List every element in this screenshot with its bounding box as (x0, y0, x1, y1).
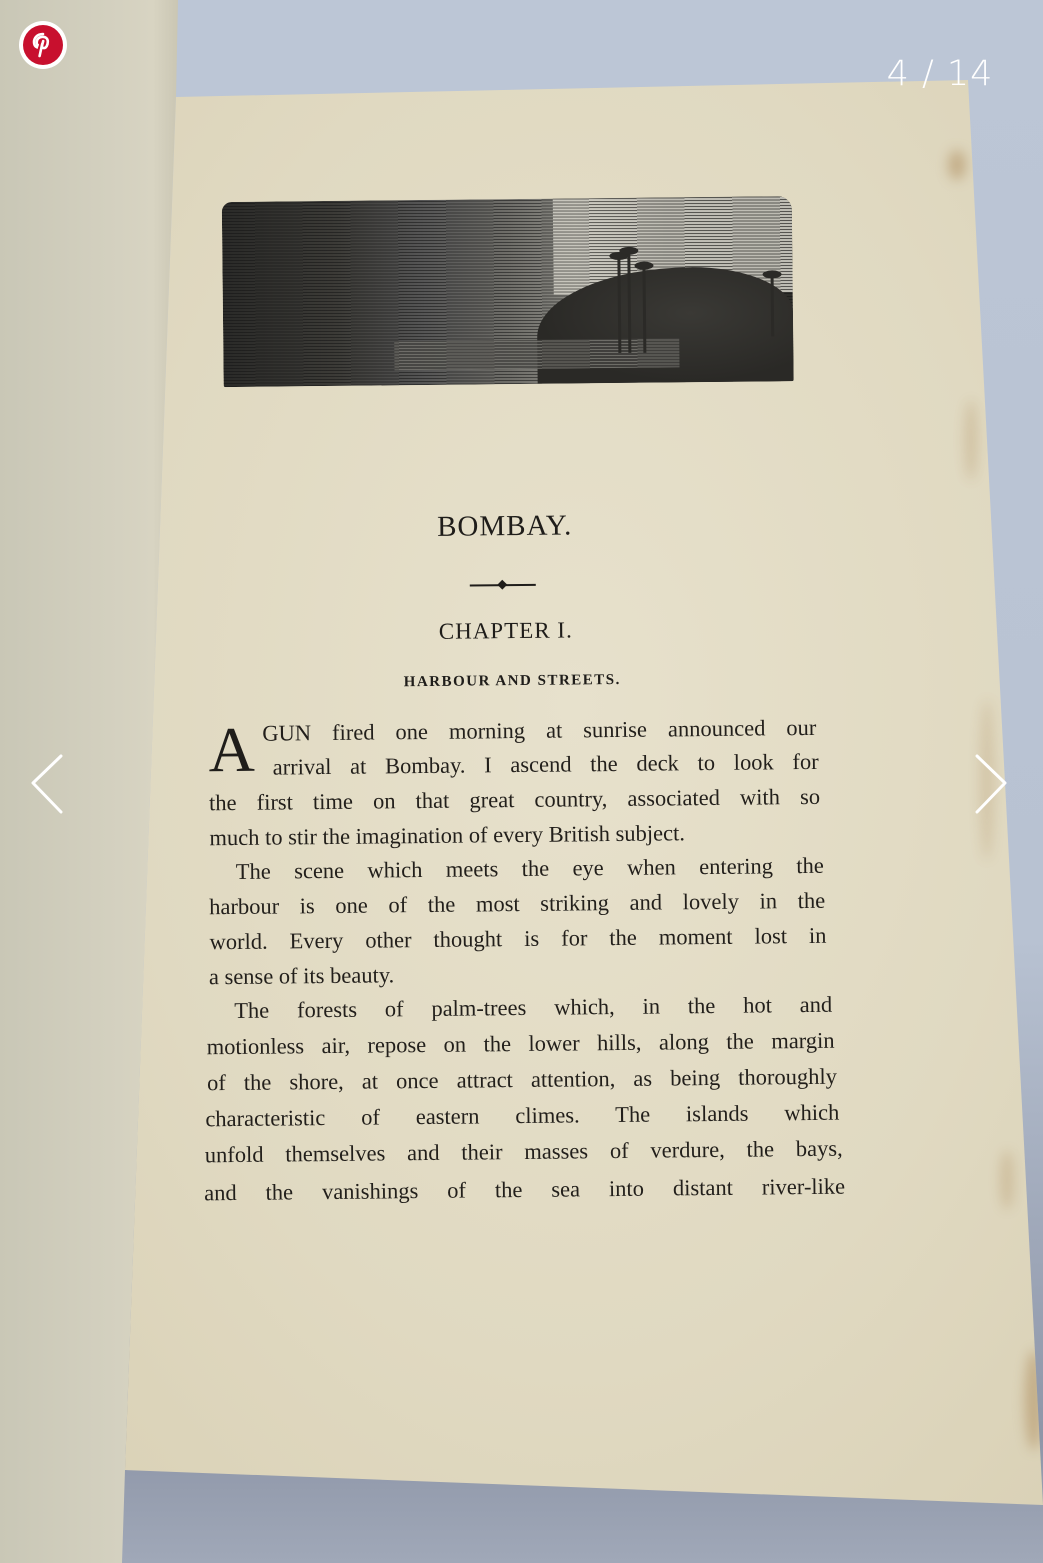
chevron-left-icon (28, 750, 68, 820)
text-line: world. Every other thought is for the mo… (209, 921, 826, 957)
drop-cap: A (208, 718, 255, 782)
text-line: a sense of its beauty. (209, 960, 439, 992)
ornament-divider-icon (470, 583, 536, 588)
pinterest-icon (23, 25, 63, 65)
text-line: motionless air, repose on the lower hill… (206, 1026, 834, 1063)
text-line: the first time on that great country, as… (209, 782, 820, 818)
image-counter: 4 / 14 (880, 54, 1000, 94)
next-image-button[interactable] (970, 750, 1010, 820)
image-viewer: BOMBAY. CHAPTER I. HARBOUR AND STREETS. … (0, 0, 1043, 1563)
text-line: unfold themselves and their masses of ve… (205, 1134, 843, 1171)
text-line: The scene which meets the eye when enter… (236, 851, 824, 887)
text-line: of the shore, at once attract attention,… (207, 1062, 837, 1099)
text-line: and the vanishings of the sea into dista… (204, 1172, 845, 1209)
previous-image-button[interactable] (28, 750, 68, 820)
text-line: GUN fired one morning at sunrise announc… (262, 713, 816, 749)
text-line: harbour is one of the most striking and … (209, 886, 825, 922)
text-line: The forests of palm-trees which, in the … (234, 990, 832, 1026)
engraving-water (394, 338, 679, 371)
text-line: much to stir the imagination of every Br… (209, 817, 769, 853)
palm-tree-icon (771, 276, 775, 336)
chevron-right-icon (970, 750, 1010, 820)
text-line: characteristic of eastern climes. The is… (205, 1098, 839, 1135)
text-line: arrival at Bombay. I ascend the deck to … (273, 747, 819, 783)
pinterest-save-button[interactable] (19, 21, 67, 69)
tropical-forest-engraving (222, 196, 794, 387)
